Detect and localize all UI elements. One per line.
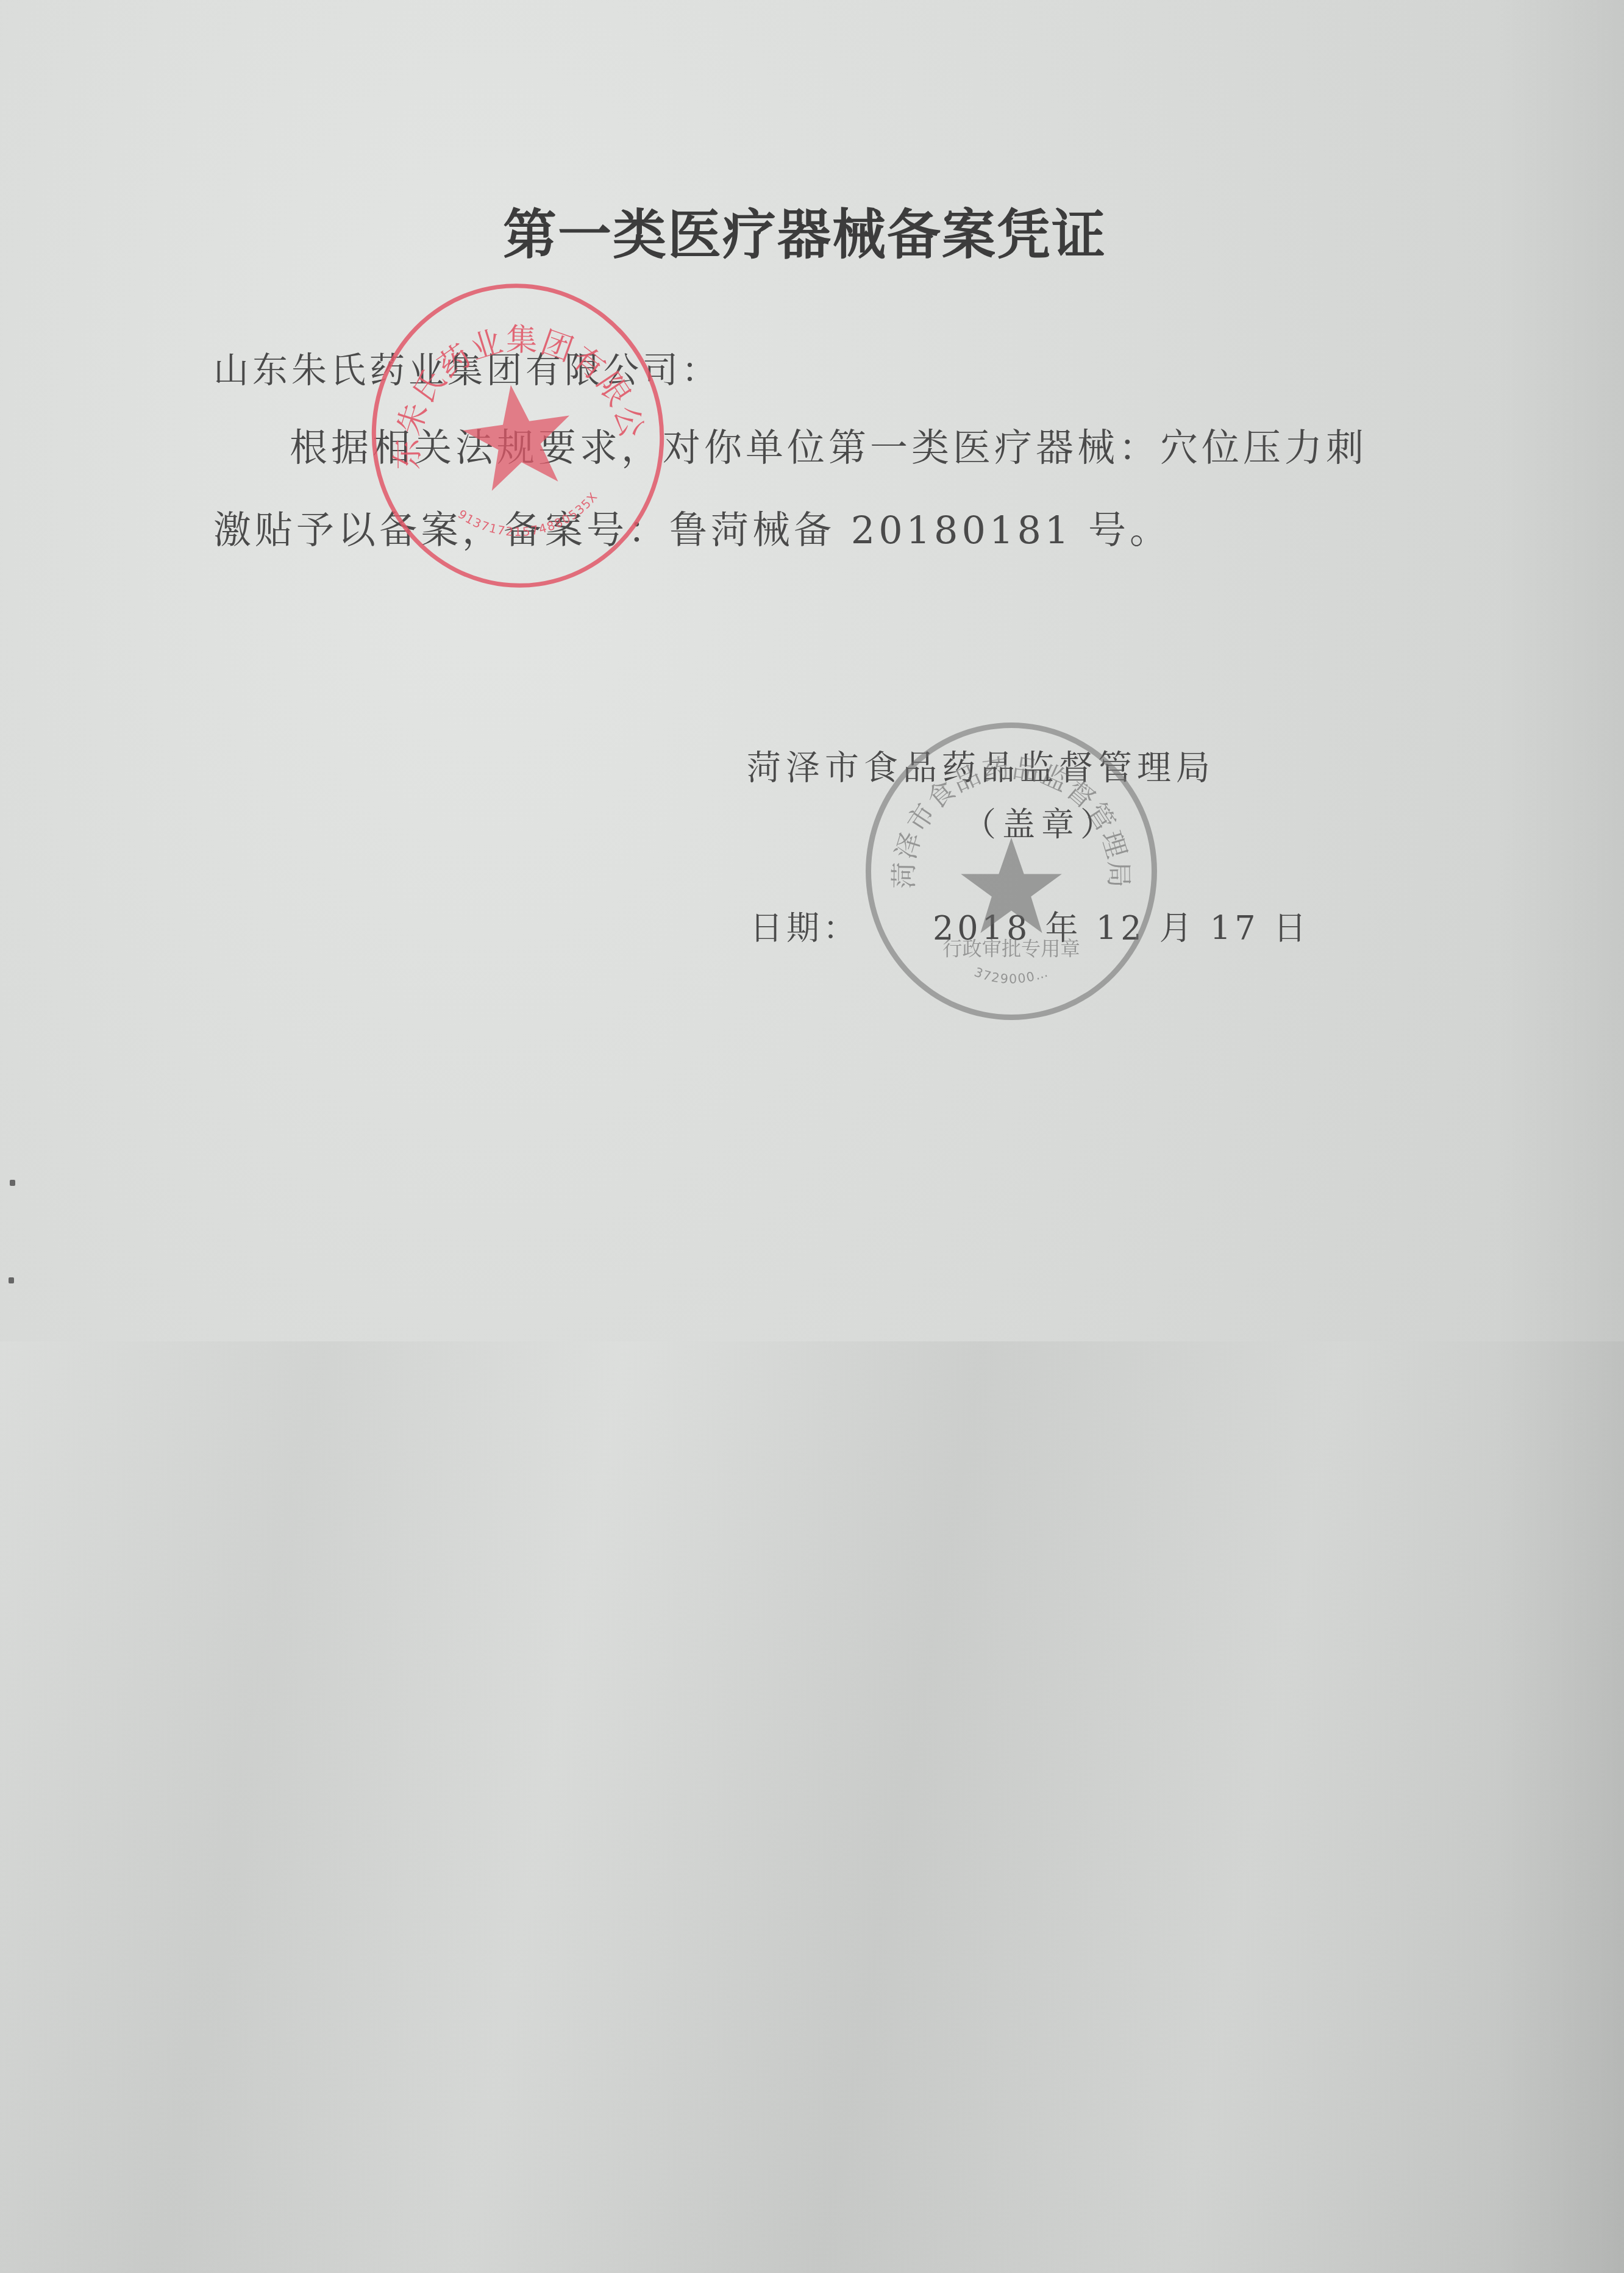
paper-mark	[9, 1277, 14, 1283]
star-icon	[961, 838, 1062, 933]
company-seal-code: 91371721574880535X	[454, 488, 605, 548]
company-seal: 山东朱氏药业集团有限公司 91371721574880535X	[352, 265, 684, 607]
company-seal-graphic: 山东朱氏药业集团有限公司 91371721574880535X	[357, 269, 679, 602]
star-icon	[457, 377, 578, 493]
authority-seal: 菏泽市食品药品监督管理局 行政审批专用章 3729000…	[866, 723, 1157, 1020]
body-text-line-2: 激贴予以备案，备案号：鲁菏械备 20180181 号。	[213, 500, 1171, 554]
date-month-unit: 月	[1159, 909, 1196, 947]
paper-shading	[0, 1341, 1624, 2273]
date-day: 17	[1210, 909, 1259, 947]
authority-seal-subtext: 行政审批专用章	[942, 937, 1080, 960]
date-label: 日期：	[750, 909, 860, 947]
authority-seal-graphic: 菏泽市食品药品监督管理局 行政审批专用章 3729000…	[871, 728, 1152, 1015]
paper-mark	[10, 1180, 15, 1186]
authority-seal-code: 3729000…	[972, 965, 1050, 987]
document-title: 第一类医疗器械备案凭证	[503, 192, 1106, 269]
date-day-unit: 日	[1273, 909, 1310, 947]
